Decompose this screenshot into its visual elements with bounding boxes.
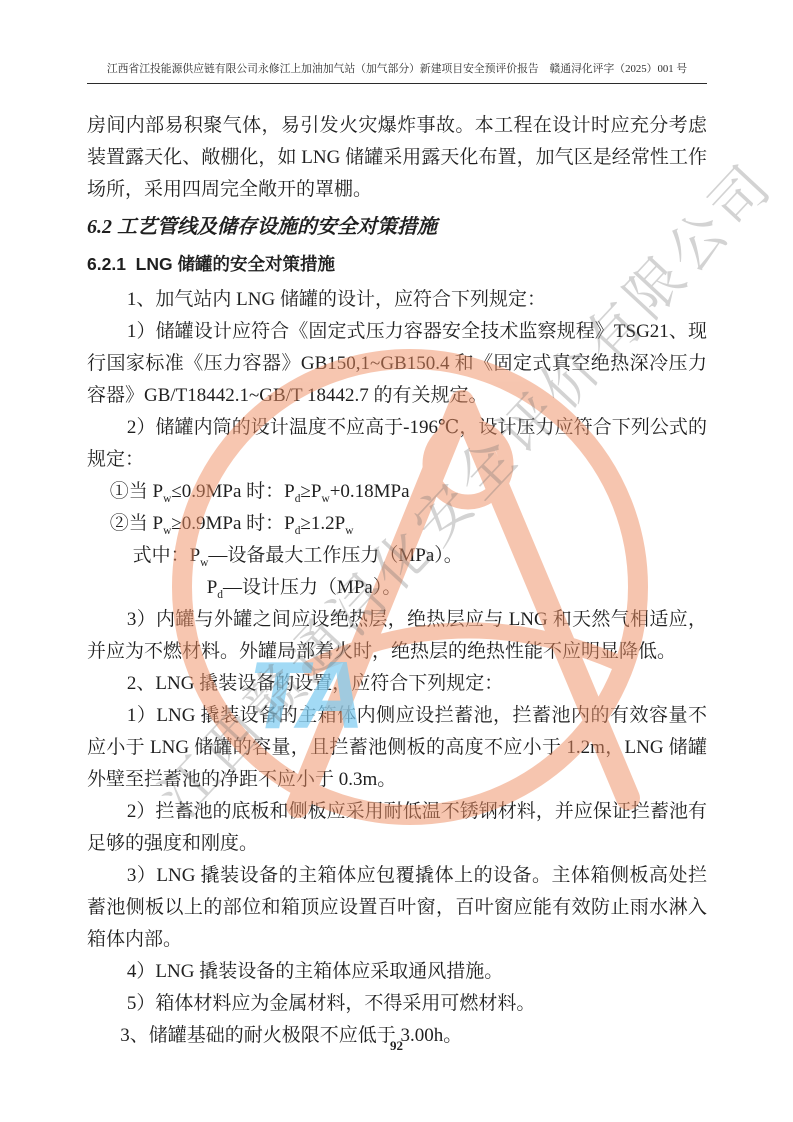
- paragraph: 3、储罐基础的耐火极限不应低于 3.00h。: [87, 1020, 707, 1052]
- paragraph: 2）储罐内筒的设计温度不应高于-196℃，设计压力应符合下列公式的规定：: [87, 412, 707, 476]
- body-paragraphs: 房间内部易积聚气体，易引发火灾爆炸事故。本工程在设计时应充分考虑装置露天化、敞棚…: [87, 110, 707, 1052]
- paragraph: 2、LNG 撬装设备的设置，应符合下列规定：: [87, 668, 707, 700]
- section-heading: 6.2 工艺管线及储存设施的安全对策措施: [87, 210, 707, 244]
- paragraph: 3）内罐与外罐之间应设绝热层，绝热层应与 LNG 和天然气相适应，并应为不燃材料…: [87, 604, 707, 668]
- paragraph: 2）拦蓄池的底板和侧板应采用耐低温不锈钢材料，并应保证拦蓄池有足够的强度和刚度。: [87, 796, 707, 860]
- document-page: 江西省江投能源供应链有限公司永修江上加油加气站（加气部分）新建项目安全预评价报告…: [0, 0, 793, 1122]
- paragraph: 1、加气站内 LNG 储罐的设计，应符合下列规定：: [87, 284, 707, 316]
- formula-line: ②当 Pw≥0.9MPa 时：Pd≥1.2Pw: [87, 508, 707, 540]
- formula-line: 式中：Pw—设备最大工作压力（MPa）。: [87, 540, 707, 572]
- paragraph: 1）储罐设计应符合《固定式压力容器安全技术监察规程》TSG21、现行国家标准《压…: [87, 316, 707, 412]
- paragraph: 1）LNG 撬装设备的主箱体内侧应设拦蓄池，拦蓄池内的有效容量不应小于 LNG …: [87, 700, 707, 796]
- paragraph: 5）箱体材料应为金属材料，不得采用可燃材料。: [87, 988, 707, 1020]
- paragraph: 房间内部易积聚气体，易引发火灾爆炸事故。本工程在设计时应充分考虑装置露天化、敞棚…: [87, 110, 707, 206]
- page-header: 江西省江投能源供应链有限公司永修江上加油加气站（加气部分）新建项目安全预评价报告…: [87, 62, 707, 84]
- formula-line: ①当 Pw≤0.9MPa 时：Pd≥Pw+0.18MPa: [87, 476, 707, 508]
- subsection-heading: 6.2.1 LNG 储罐的安全对策措施: [87, 248, 707, 280]
- formula-line: Pd—设计压力（MPa）。: [87, 572, 707, 604]
- paragraph: 4）LNG 撬装设备的主箱体应采取通风措施。: [87, 956, 707, 988]
- paragraph: 3）LNG 撬装设备的主箱体应包覆撬体上的设备。主体箱侧板高处拦蓄池侧板以上的部…: [87, 860, 707, 956]
